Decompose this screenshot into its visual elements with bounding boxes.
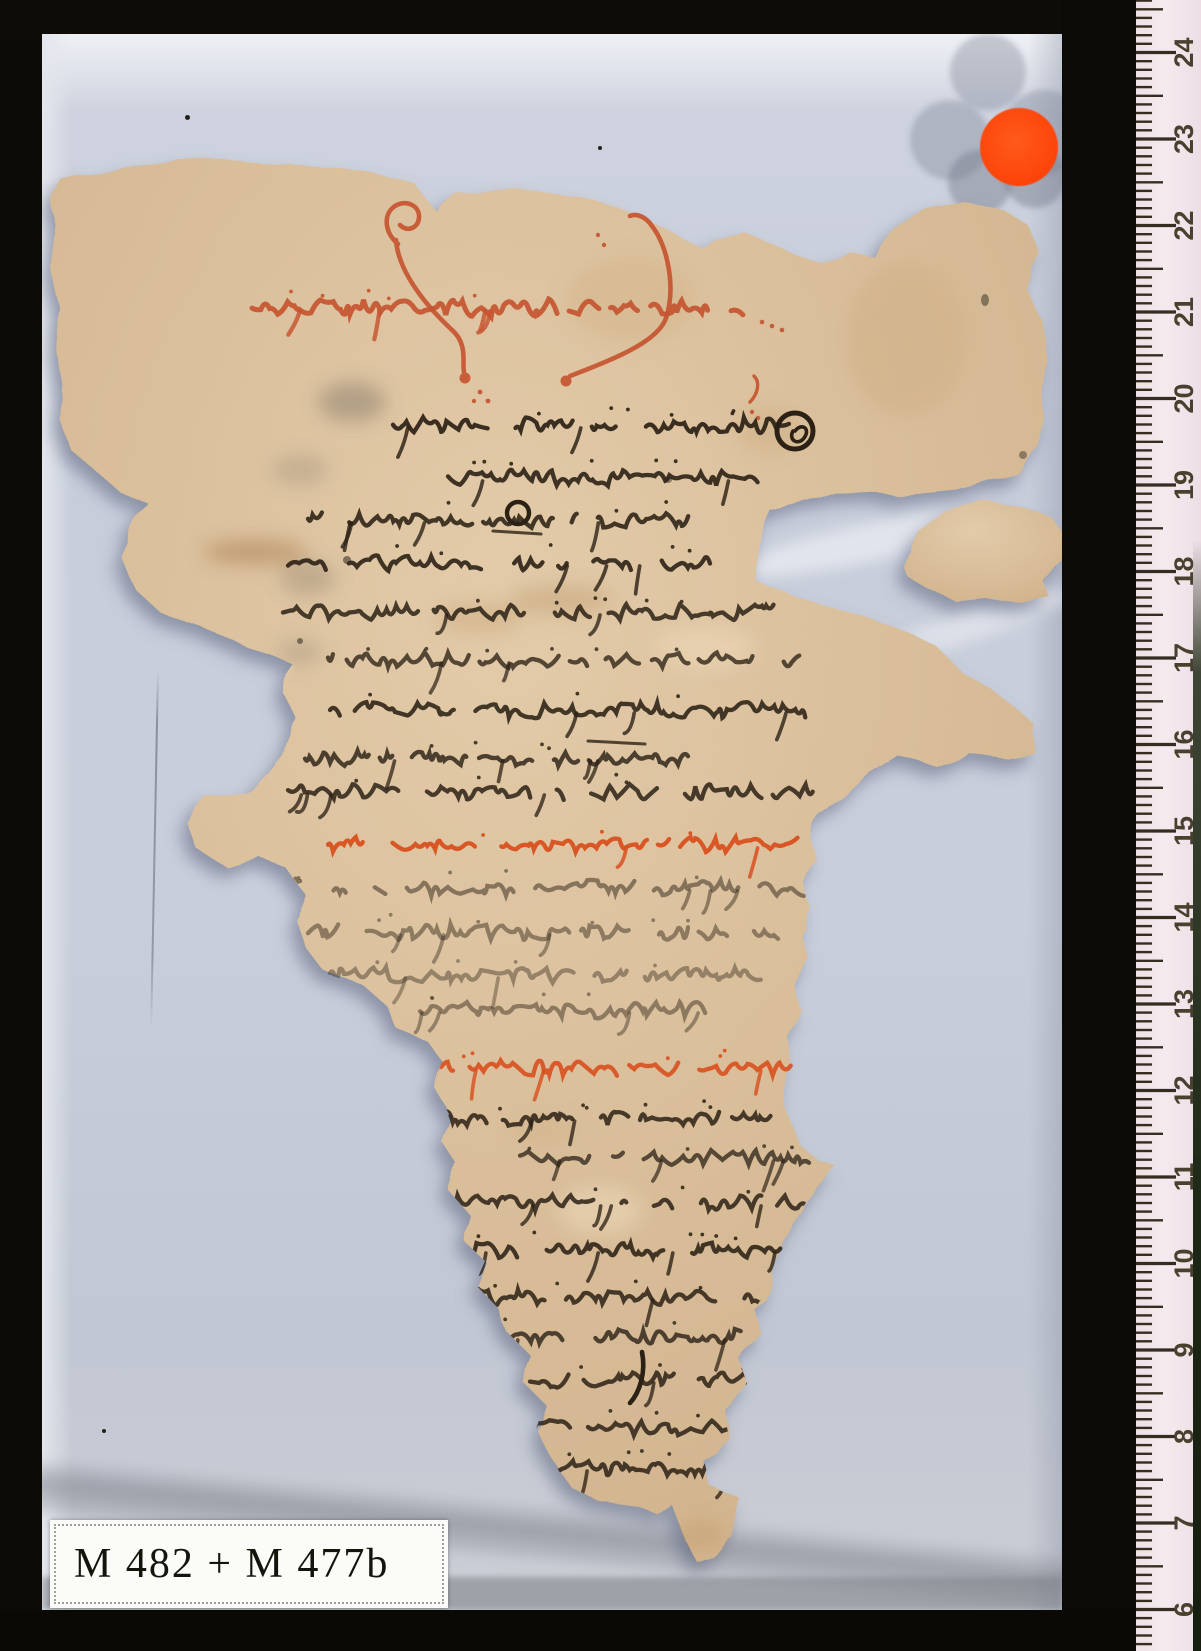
ruler-right-edge: [1193, 540, 1201, 1651]
script-dot: [609, 406, 613, 410]
script-dot: [473, 294, 477, 298]
script-dot: [493, 1318, 497, 1322]
script-dot: [368, 693, 372, 697]
script-descender: [511, 1340, 517, 1365]
script-dot: [476, 599, 480, 603]
script-dot: [532, 1231, 536, 1235]
ruler-number: 20: [1169, 383, 1199, 413]
script-dot: [681, 1186, 685, 1190]
script-dot: [431, 996, 435, 1000]
frame-top: [0, 0, 1136, 34]
script-dot: [746, 1190, 750, 1194]
script-dot: [485, 649, 489, 653]
script-dot: [671, 545, 675, 549]
script-dot: [644, 1103, 648, 1107]
script-dot: [718, 1054, 722, 1058]
script-dot: [432, 1053, 436, 1057]
script-dot: [354, 779, 358, 783]
script-dot: [603, 597, 607, 601]
script-dot: [366, 647, 370, 651]
script-dot: [587, 992, 591, 996]
shelfmark-text: M 482 + M 477b: [50, 1540, 389, 1588]
script-dot: [686, 919, 690, 923]
script-dot: [395, 544, 399, 548]
script-dot: [542, 993, 546, 997]
frame-bottom: [0, 1610, 1136, 1651]
script-dot: [477, 1234, 481, 1238]
script-dot: [537, 412, 541, 416]
script-dot: [293, 877, 297, 881]
script-dot: [476, 920, 480, 924]
script-dot: [447, 501, 451, 505]
fragment-canvas: [0, 0, 1201, 1651]
script-dot: [714, 1234, 718, 1238]
script-dot: [666, 1056, 670, 1060]
script-dot: [732, 409, 736, 413]
script-dot: [504, 869, 508, 873]
script-dot: [614, 773, 618, 777]
script-dot: [709, 1105, 713, 1109]
centimetre-ruler: 2423222120191817161514131211109876: [1136, 0, 1201, 1651]
script-dot: [627, 1450, 631, 1454]
script-dot: [670, 413, 674, 417]
script-dot: [289, 290, 293, 294]
manuscript-photograph: 2423222120191817161514131211109876 M 482…: [0, 0, 1201, 1651]
script-dot: [581, 1103, 585, 1107]
script-dot: [680, 600, 684, 604]
script-dot: [555, 601, 559, 605]
script-descender: [448, 1300, 454, 1330]
script-dot: [700, 1233, 704, 1237]
script-dot: [751, 1415, 755, 1419]
script-dot: [555, 1282, 559, 1286]
script-dot: [735, 1411, 739, 1415]
script-descender: [733, 1431, 745, 1449]
script-dot: [674, 459, 678, 463]
script-dot: [723, 1049, 727, 1053]
script-dot: [528, 1147, 532, 1151]
script-dot: [425, 647, 429, 651]
script-dot: [594, 596, 598, 600]
script-dot: [655, 1411, 659, 1415]
script-dot: [514, 960, 518, 964]
script-dot: [653, 964, 657, 968]
script-dot: [579, 1365, 583, 1369]
script-dot: [609, 1409, 613, 1413]
script-dot: [297, 876, 301, 880]
ruler-number: 21: [1169, 297, 1199, 327]
script-dot: [471, 1278, 475, 1282]
script-dot: [590, 921, 594, 925]
ruler-scale: 2423222120191817161514131211109876: [1136, 0, 1201, 1651]
script-dot: [549, 543, 553, 547]
script-dot: [689, 1232, 693, 1236]
script-dot: [634, 1280, 638, 1284]
script-dot: [462, 1055, 466, 1059]
script-dot: [456, 959, 460, 963]
script-dot: [567, 1452, 571, 1456]
script-dot: [594, 1187, 598, 1191]
script-dot: [640, 1449, 644, 1453]
script-dot: [503, 1318, 507, 1322]
script-dot: [595, 647, 599, 651]
script-dot: [734, 1237, 738, 1241]
script-dot: [790, 1146, 794, 1150]
parchment-detached-piece: [905, 502, 1062, 602]
script-dot: [688, 831, 692, 835]
ruler-number: 24: [1169, 37, 1199, 67]
script-dot: [675, 648, 679, 652]
script-dot: [699, 1286, 703, 1290]
script-dot: [367, 289, 371, 293]
script-dot: [742, 1367, 746, 1371]
shelfmark-label: M 482 + M 477b: [50, 1520, 448, 1608]
script-dot: [688, 549, 692, 553]
script-dot: [762, 1144, 766, 1148]
script-dot: [482, 460, 486, 464]
script-dot: [615, 509, 619, 513]
script-dot: [695, 876, 699, 880]
script-dot: [540, 743, 544, 747]
script-dot: [448, 871, 452, 875]
script-dot: [439, 551, 443, 555]
script-dot: [430, 744, 434, 748]
script-dot: [493, 1284, 497, 1288]
script-dot: [626, 408, 630, 412]
script-dot: [377, 918, 381, 922]
script-dot: [441, 1284, 445, 1288]
script-dot: [321, 294, 325, 298]
script-dot: [509, 462, 513, 466]
flourish-teardrop: [561, 376, 572, 387]
script-dot: [651, 918, 655, 922]
script-descender: [753, 1431, 763, 1455]
script-dot: [645, 599, 649, 603]
script-dot: [654, 459, 658, 463]
script-dot: [600, 830, 604, 834]
script-dot: [625, 780, 629, 784]
script-dot: [673, 1321, 677, 1325]
script-dot: [658, 1363, 662, 1367]
script-dot: [471, 1051, 475, 1055]
ruler-number: 22: [1169, 210, 1199, 240]
script-dot: [590, 459, 594, 463]
frame-right: [1062, 0, 1136, 1651]
flourish-teardrop: [460, 373, 471, 384]
ruler-number: 23: [1169, 124, 1199, 154]
script-dot: [667, 1452, 671, 1456]
script-dot: [481, 833, 485, 837]
frame-left: [0, 0, 42, 1651]
script-dot: [498, 1107, 502, 1111]
script-dot: [550, 647, 554, 651]
ruler-number: 19: [1169, 470, 1199, 500]
script-dot: [387, 297, 391, 301]
script-dot: [664, 500, 668, 504]
script-dot: [686, 1147, 690, 1151]
script-dot: [389, 913, 393, 917]
script-dot: [472, 461, 476, 465]
script-dot: [576, 692, 580, 696]
script-dot: [477, 776, 481, 780]
script-descender: [524, 1471, 533, 1492]
script-dot: [676, 694, 680, 698]
script-dot: [696, 1414, 700, 1418]
script-dot: [375, 960, 379, 964]
script-dot: [702, 1099, 706, 1103]
script-dot: [547, 746, 551, 750]
script-dot: [474, 741, 478, 745]
script-dot: [585, 1106, 589, 1110]
script-dot: [749, 1456, 753, 1460]
